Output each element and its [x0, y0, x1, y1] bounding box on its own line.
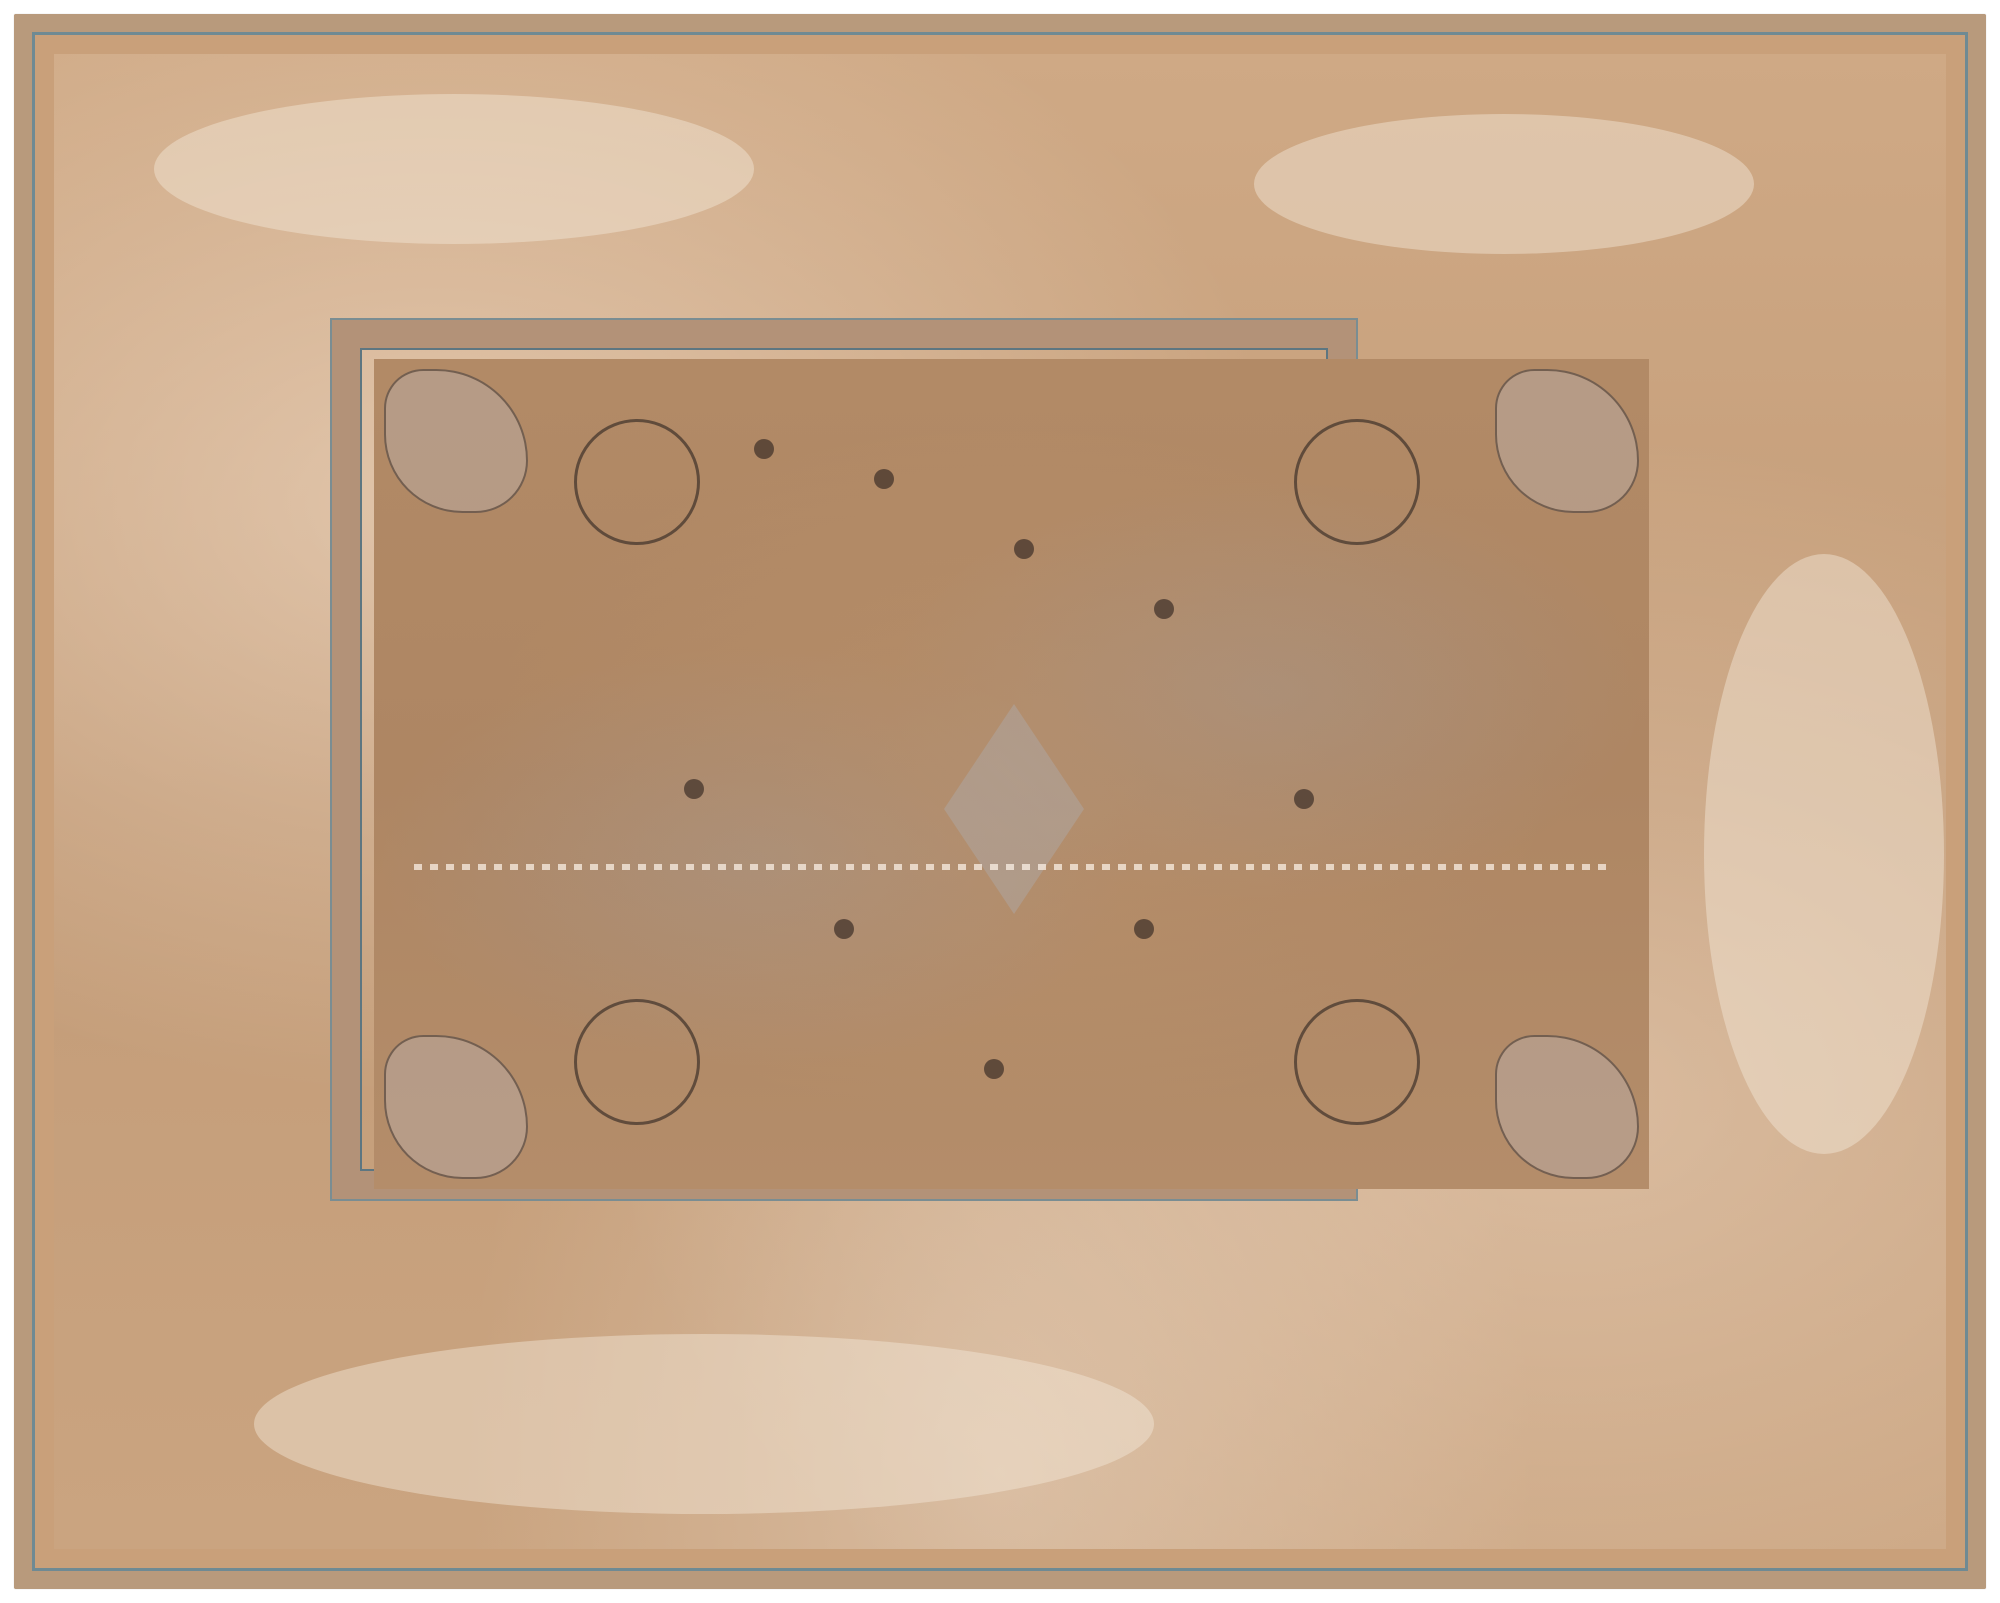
flower-motif	[754, 439, 774, 459]
corner-spandrel	[1495, 369, 1639, 513]
flower-motif	[1154, 599, 1174, 619]
vine-scroll	[1294, 999, 1420, 1125]
corner-spandrel	[384, 369, 528, 513]
flower-motif	[984, 1059, 1004, 1079]
flower-motif	[684, 779, 704, 799]
worn-patch	[254, 1334, 1154, 1514]
flower-motif	[834, 919, 854, 939]
corner-spandrel	[384, 1035, 528, 1179]
flower-motif	[874, 469, 894, 489]
flower-motif	[1014, 539, 1034, 559]
repair-seam	[414, 864, 1614, 870]
vine-scroll	[574, 999, 700, 1125]
worn-patch	[1254, 114, 1754, 254]
corner-spandrel	[1495, 1035, 1639, 1179]
vine-scroll	[1294, 419, 1420, 545]
vine-scroll	[574, 419, 700, 545]
flower-motif	[1134, 919, 1154, 939]
worn-patch	[1704, 554, 1944, 1154]
flower-motif	[1294, 789, 1314, 809]
worn-patch	[154, 94, 754, 244]
rug	[14, 14, 1986, 1589]
